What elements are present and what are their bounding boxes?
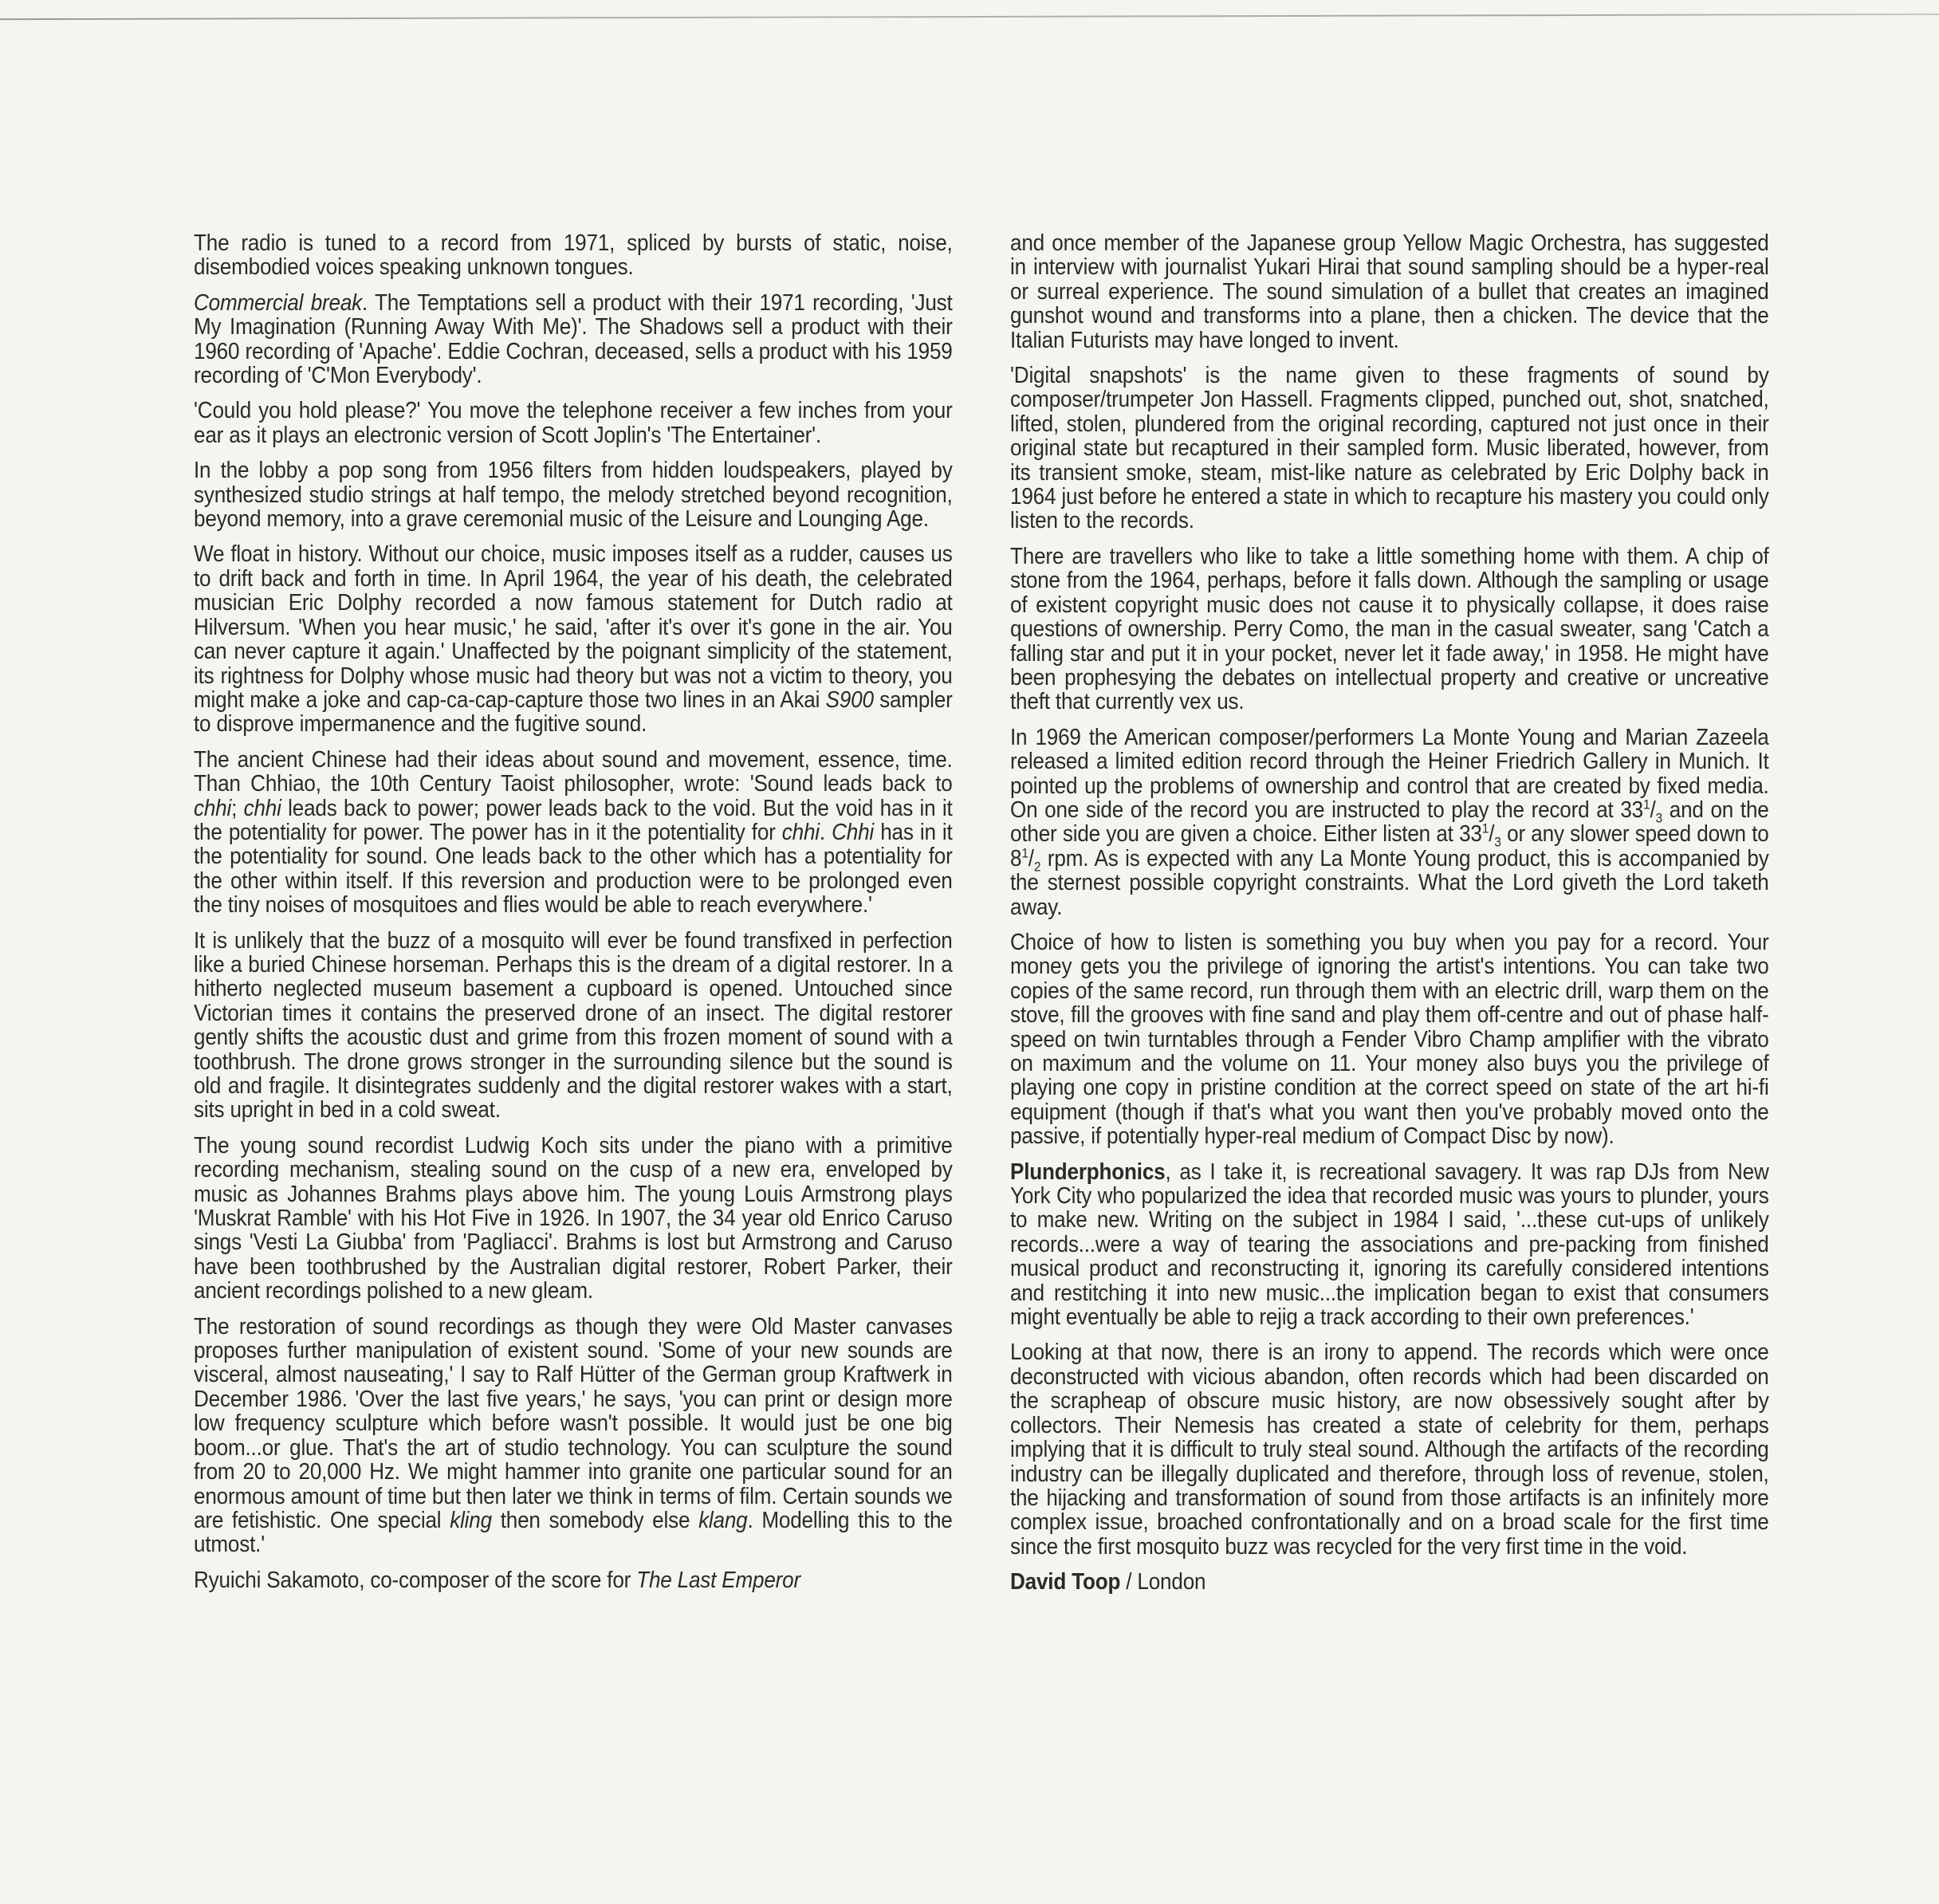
- paragraph-commercial-break: Commercial break. The Temptations sell a…: [194, 291, 953, 388]
- paragraph-radio: The radio is tuned to a record from 1971…: [194, 231, 953, 280]
- right-column: and once member of the Japanese group Ye…: [1010, 231, 1769, 1606]
- paragraph-la-monte-young: In 1969 the American composer/performers…: [1010, 726, 1769, 919]
- paragraph-sakamoto-intro: Ryuichi Sakamoto, co-composer of the sco…: [194, 1568, 953, 1592]
- paragraph-ludwig-koch: The young sound recordist Ludwig Koch si…: [194, 1134, 953, 1304]
- paragraph-plunderphonics: Plunderphonics, as I take it, is recreat…: [1010, 1160, 1769, 1330]
- paragraph-mosquito: It is unlikely that the buzz of a mosqui…: [194, 929, 953, 1123]
- paragraph-travellers: There are travellers who like to take a …: [1010, 545, 1769, 714]
- paragraph-yellow-magic: and once member of the Japanese group Ye…: [1010, 231, 1769, 352]
- commercial-break-label: Commercial break: [194, 290, 362, 316]
- plunderphonics-term: Plunderphonics: [1010, 1159, 1165, 1185]
- paragraph-choice-of-listening: Choice of how to listen is something you…: [1010, 930, 1769, 1149]
- paragraph-telephone: 'Could you hold please?' You move the te…: [194, 399, 953, 447]
- author-name: David Toop: [1010, 1569, 1120, 1595]
- signature: David Toop / London: [1010, 1570, 1769, 1594]
- paragraph-irony: Looking at that now, there is an irony t…: [1010, 1340, 1769, 1559]
- page-top-edge: [0, 14, 1939, 20]
- left-column: The radio is tuned to a record from 1971…: [194, 231, 953, 1603]
- paragraph-lobby: In the lobby a pop song from 1956 filter…: [194, 458, 953, 531]
- paragraph-digital-snapshots: 'Digital snapshots' is the name given to…: [1010, 364, 1769, 533]
- paragraph-float-in-history: We float in history. Without our choice,…: [194, 542, 953, 736]
- paragraph-restoration: The restoration of sound recordings as t…: [194, 1315, 953, 1557]
- paragraph-ancient-chinese: The ancient Chinese had their ideas abou…: [194, 748, 953, 918]
- author-location: London: [1137, 1569, 1205, 1595]
